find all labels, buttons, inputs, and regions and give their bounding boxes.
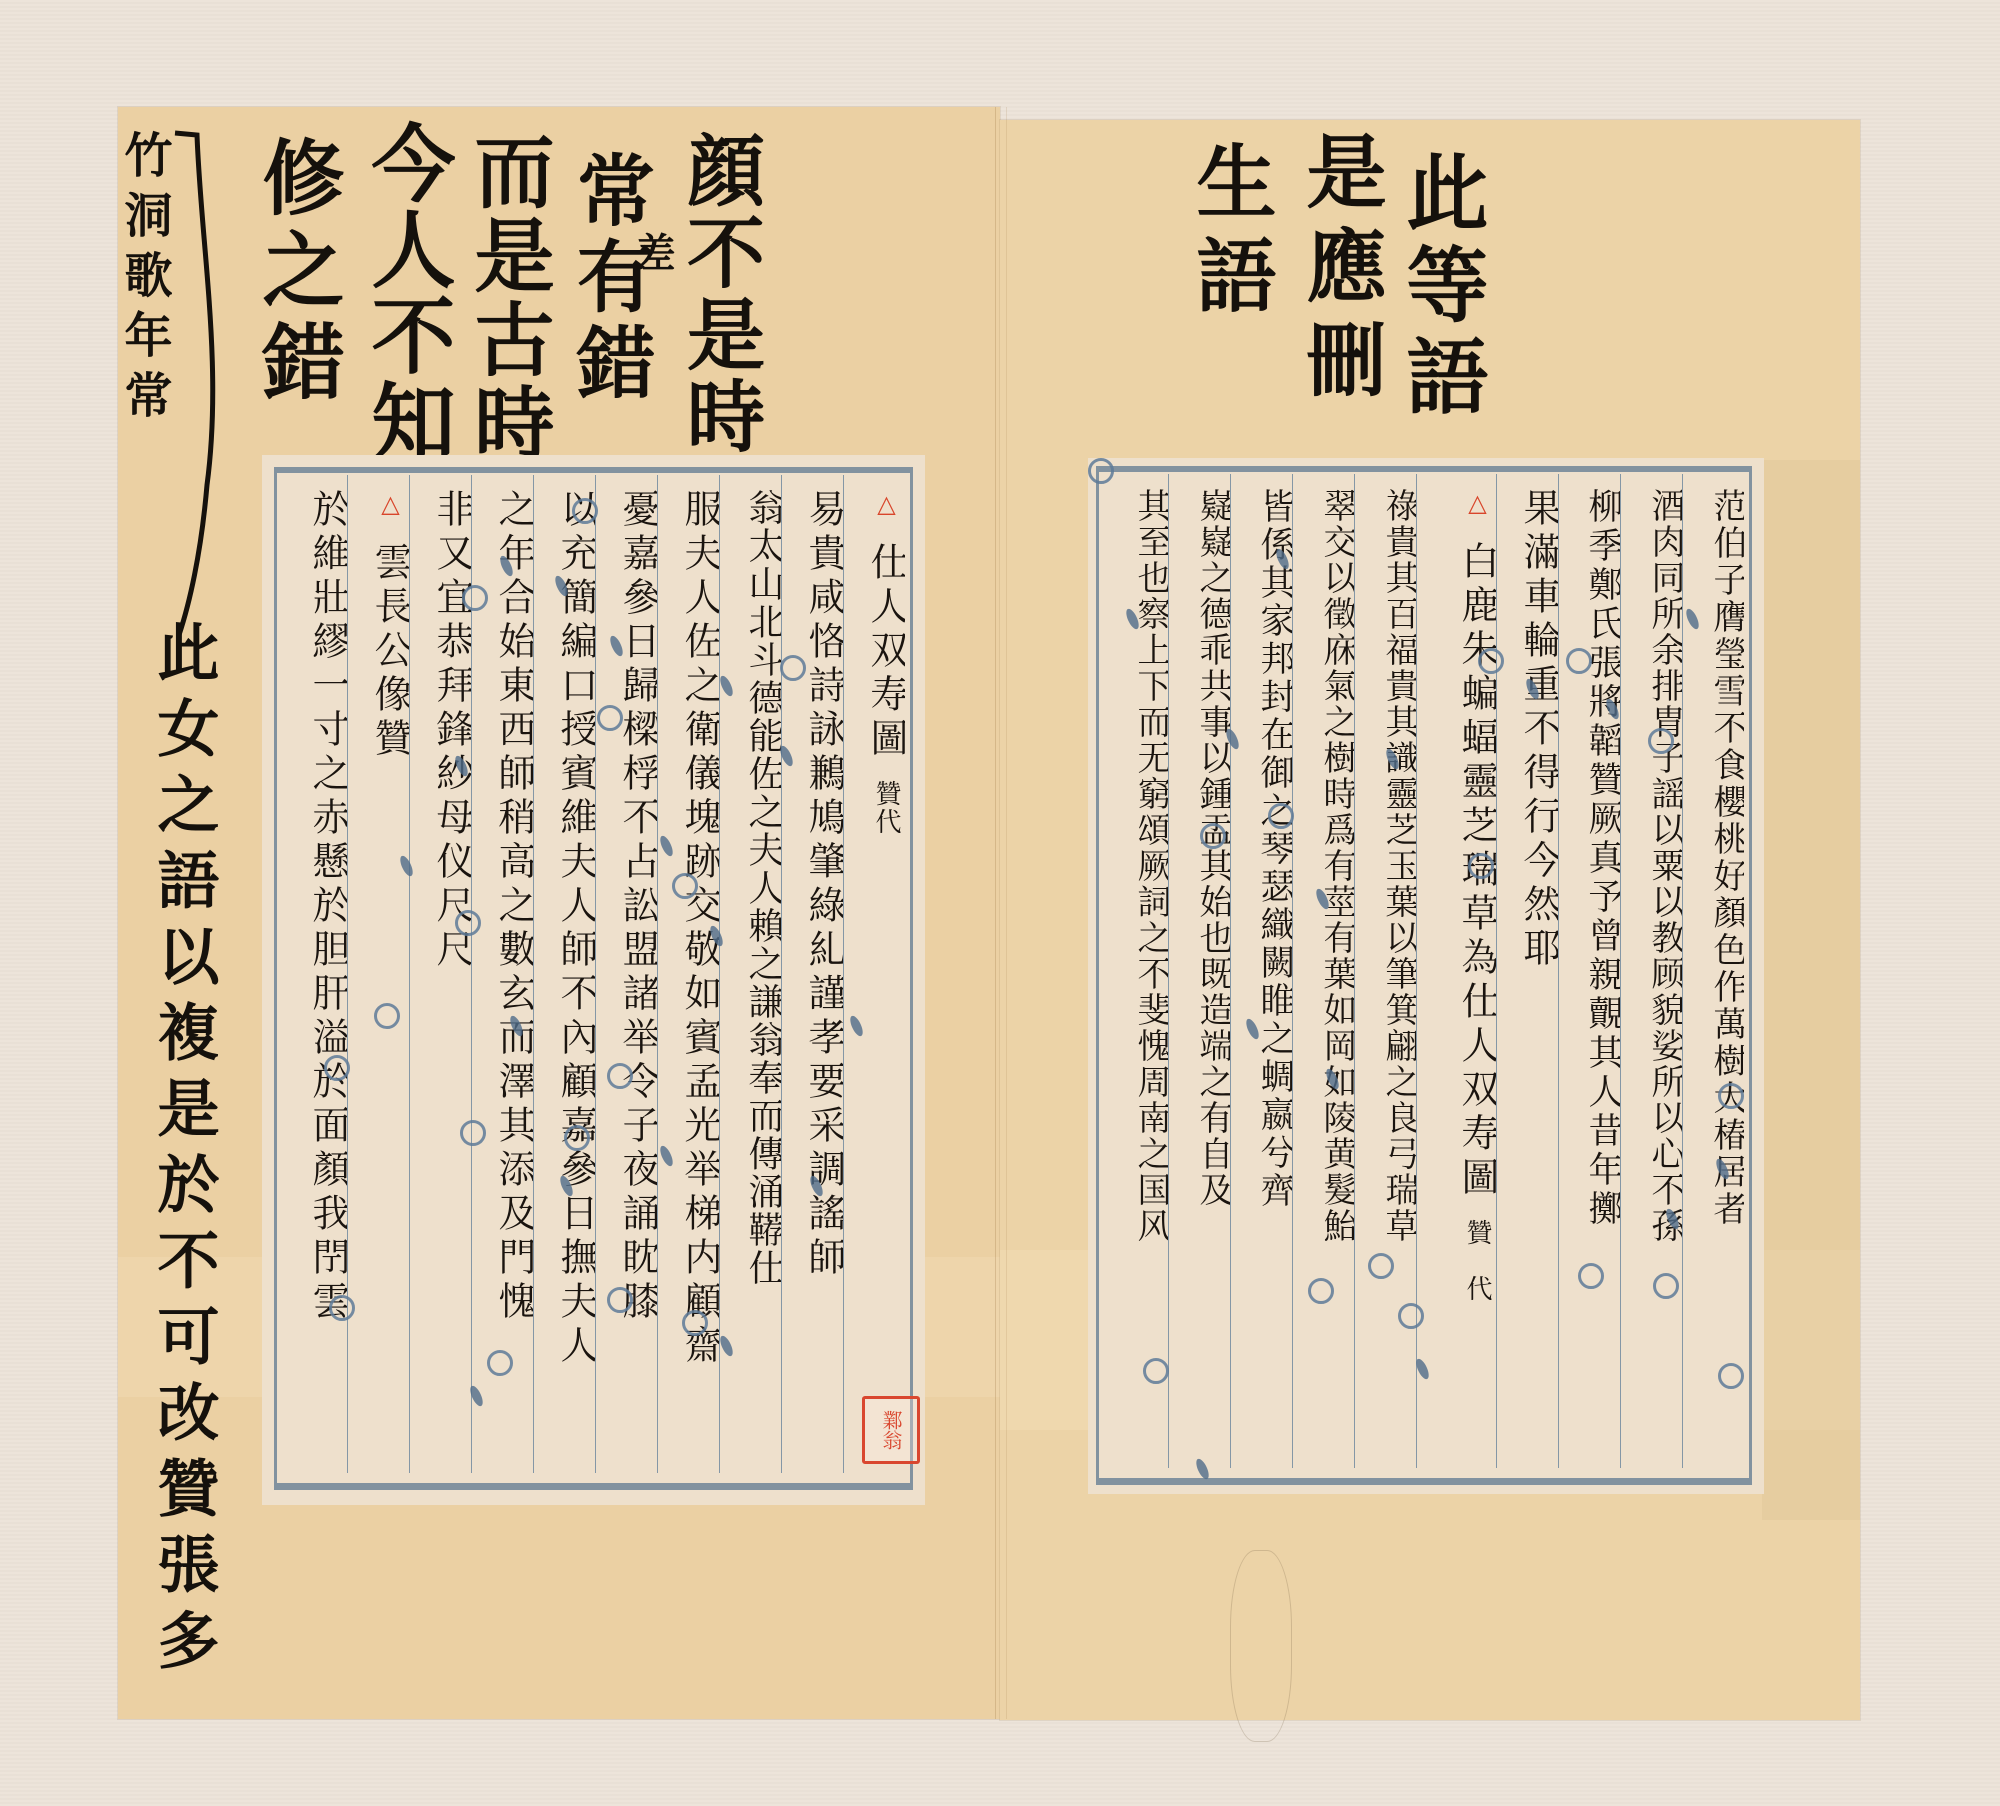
column-title-r: △ 白鹿朱蝙蝠靈芝瑞草為仕人双寿圖 贊 代 [1416, 474, 1496, 1468]
right-printed-sheet: 范伯子膺瑩雪不食櫻桃好顏色作萬樹大椿居者 酒肉同所余排胄子謡以粟以教顾貌娑所以心… [1088, 458, 1764, 1494]
annotation-circle [487, 1350, 513, 1376]
text-column: 易貴咸恪詩詠鶼鳩肇綠糺謹孝要采調謠師 [781, 475, 843, 1473]
annotation-circle [780, 655, 806, 681]
annotation-circle [1648, 728, 1674, 754]
red-triangle-mark: △ [1463, 488, 1492, 523]
sheet-overlap-edge [1762, 460, 1860, 1520]
annotation-circle [462, 585, 488, 611]
annotation-circle [329, 1295, 355, 1321]
annotation-circle [672, 873, 698, 899]
text-column: 翁太山北斗德能佐之夫人賴之謙翁奉而傳涌鞯仕 [719, 475, 781, 1473]
cursive-column-4: 今人不知 [365, 120, 449, 464]
annotation-circle [572, 498, 598, 524]
annotation-circle [1308, 1278, 1334, 1304]
annotation-circle [1478, 648, 1504, 674]
annotation-circle [1468, 853, 1494, 879]
margin-note-bottom: 此女之語以複是於不可改贊張多 [152, 620, 214, 1684]
cursive-column-5: 修之錯 [256, 135, 338, 411]
annotation-circle [1268, 803, 1294, 829]
text-column: 之年合始東西師稍高之數玄而澤其添及門愧 [471, 475, 533, 1473]
cursive-column-r1: 此等語 [1400, 150, 1482, 426]
text-column: 憂嘉參日歸樑桴不占訟盟諸举令子夜誦眈膝 [595, 475, 657, 1473]
cursive-column-2-annotation: 差 [632, 232, 672, 272]
text-column: 皆係其家邦封在御之琴瑟織闕睢之蜩嬴兮齊 [1230, 474, 1292, 1468]
red-triangle-mark: △ [376, 489, 405, 524]
annotation-circle [1398, 1303, 1424, 1329]
cursive-column-r2: 是應刪 [1300, 130, 1380, 412]
left-printed-sheet: △ 仕人双寿圖 贊代 易貴咸恪詩詠鶼鳩肇綠糺謹孝要采調謠師 翁太山北斗德能佐之夫… [262, 455, 925, 1505]
annotation-circle [460, 1120, 486, 1146]
annotation-circle [1578, 1263, 1604, 1289]
red-seal: 鄴翁 [862, 1396, 920, 1464]
annotation-circle [1200, 823, 1226, 849]
cursive-column-1: 顔不是時 [680, 130, 758, 458]
column-title-1: △ 仕人双寿圖 贊代 [843, 475, 905, 1473]
text-column: 於維壯繆一寸之赤懸於胆肝溢於面顏我閅雲 [280, 475, 347, 1473]
text-column: 以充簡編口授賓維夫人師不內顧嘉參日撫夫人 [533, 475, 595, 1473]
cursive-column-r3: 生語 [1190, 140, 1270, 328]
annotation-circle [455, 910, 481, 936]
water-stain [1230, 1550, 1292, 1742]
annotation-circle [1088, 458, 1114, 484]
bracket-stroke [165, 125, 245, 645]
column-title-2: △ 雲長公像贊 [347, 475, 409, 1473]
text-column: 柳季鄭氏張將韜贊厥真予曾親覿其人昔年擲 [1558, 474, 1620, 1468]
margin-note-top: 竹洞歌年常 [120, 130, 168, 430]
text-column: 非又宜恭拜鋒紗母仪尺尺 [409, 475, 471, 1473]
annotation-circle [374, 1003, 400, 1029]
center-fold [995, 107, 1007, 1719]
annotation-circle [597, 705, 623, 731]
annotation-circle [1718, 1363, 1744, 1389]
annotation-circle [682, 1310, 708, 1336]
annotation-circle [1718, 1083, 1744, 1109]
annotation-circle [1368, 1253, 1394, 1279]
text-column: 翠交以徵庥氣之樹時爲有莖有葉如岡如陵黄髮鮐 [1292, 474, 1354, 1468]
text-column: 嶷嶷之德乖共事以鍾盂其始也既造端之有自及 [1168, 474, 1230, 1468]
annotation-circle [1653, 1273, 1679, 1299]
annotation-circle [324, 1055, 350, 1081]
text-column: 果滿車輪重不得行今然耶 [1496, 474, 1558, 1468]
annotation-circle [564, 1125, 590, 1151]
text-column: 酒肉同所余排胄子謡以粟以教顾貌娑所以心不孫 [1620, 474, 1682, 1468]
red-triangle-mark: △ [872, 489, 901, 524]
annotation-circle [1143, 1358, 1169, 1384]
text-columns: △ 仕人双寿圖 贊代 易貴咸恪詩詠鶼鳩肇綠糺謹孝要采調謠師 翁太山北斗德能佐之夫… [280, 475, 905, 1473]
annotation-circle [607, 1063, 633, 1089]
cursive-column-3: 而是古時 [468, 130, 548, 466]
cursive-column-2: 常有錯 [570, 150, 648, 408]
annotation-circle [607, 1287, 633, 1313]
annotation-circle [1566, 648, 1592, 674]
